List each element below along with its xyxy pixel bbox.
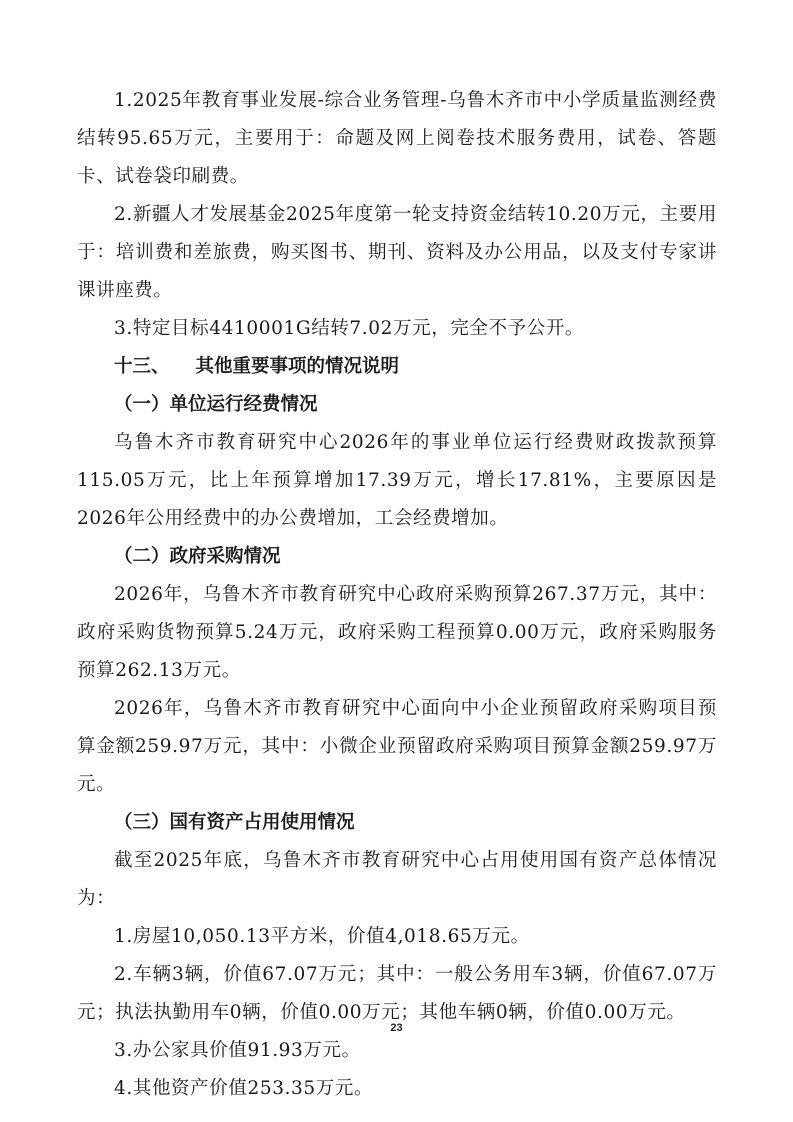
- asset-item-3: 3.办公家具价值91.93万元。: [77, 1032, 717, 1070]
- section-13-heading: 十三、其他重要事项的情况说明: [77, 348, 717, 386]
- sub1-heading: （一）单位运行经费情况: [77, 386, 717, 424]
- carryover-item-2: 2.新疆人才发展基金2025年度第一轮支持资金结转10.20万元，主要用于：培训…: [77, 196, 717, 310]
- page-number: 23: [0, 1022, 793, 1034]
- sub2-heading: （二）政府采购情况: [77, 538, 717, 576]
- sub3-heading: （三）国有资产占用使用情况: [77, 804, 717, 842]
- section-13-number: 十三、: [114, 356, 170, 377]
- sub3-intro: 截至2025年底，乌鲁木齐市教育研究中心占用使用国有资产总体情况为：: [77, 842, 717, 918]
- asset-item-2: 2.车辆3辆，价值67.07万元；其中：一般公务用车3辆，价值67.07万元；执…: [77, 956, 717, 1032]
- document-page: 1.2025年教育事业发展-综合业务管理-乌鲁木齐市中小学质量监测经费结转95.…: [77, 82, 717, 1108]
- sub2-body-2: 2026年，乌鲁木齐市教育研究中心面向中小企业预留政府采购项目预算金额259.9…: [77, 690, 717, 804]
- asset-item-4: 4.其他资产价值253.35万元。: [77, 1070, 717, 1108]
- sub1-body: 乌鲁木齐市教育研究中心2026年的事业单位运行经费财政拨款预算115.05万元，…: [77, 424, 717, 538]
- carryover-item-3: 3.特定目标4410001G结转7.02万元，完全不予公开。: [77, 310, 717, 348]
- asset-item-1: 1.房屋10,050.13平方米，价值4,018.65万元。: [77, 918, 717, 956]
- section-13-title: 其他重要事项的情况说明: [196, 356, 400, 377]
- sub2-body-1: 2026年，乌鲁木齐市教育研究中心政府采购预算267.37万元，其中：政府采购货…: [77, 576, 717, 690]
- carryover-item-1: 1.2025年教育事业发展-综合业务管理-乌鲁木齐市中小学质量监测经费结转95.…: [77, 82, 717, 196]
